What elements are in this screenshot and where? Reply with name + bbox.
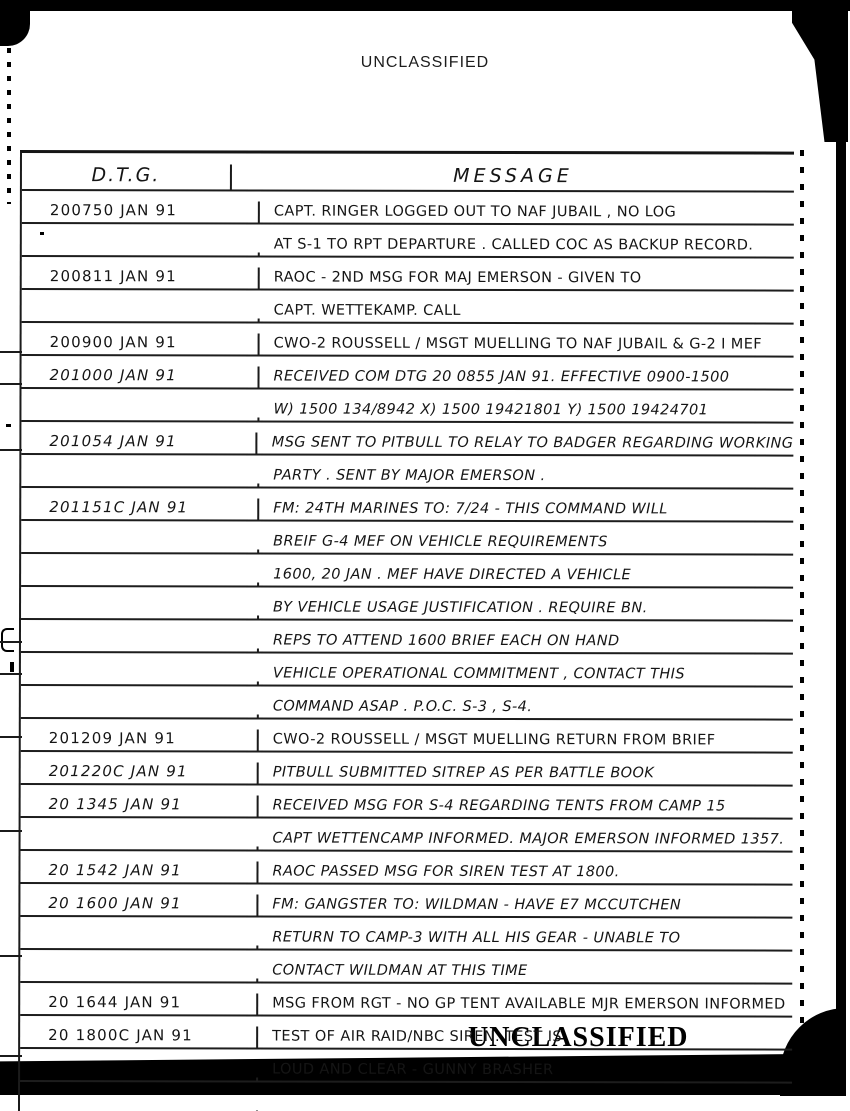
message-cell: RECEIVED MSG FOR S-4 REGARDING TENTS FRO… (259, 798, 793, 818)
dtg-cell (22, 318, 260, 321)
log-row: COMMAND ASAP . P.O.C. S-3 , S-4. (21, 686, 793, 721)
log-row: 20 1542 JAN 91RAOC PASSED MSG FOR SIREN … (20, 851, 792, 886)
message-cell: CONTACT WILDMAN AT THIS TIME (258, 963, 792, 983)
log-row: 20 1800C JAN 91TEST OF AIR RAID/NBC SIRE… (20, 1016, 792, 1051)
message-cell: CWO-2 ROUSSELL / MSGT MUELLING TO NAF JU… (260, 336, 794, 356)
dtg-cell: 20 1542 JAN 91 (20, 861, 258, 882)
log-row: VEHICLE OPERATIONAL COMMITMENT , CONTACT… (21, 653, 793, 688)
log-row: 200750 JAN 91CAPT. RINGER LOGGED OUT TO … (22, 191, 794, 226)
log-row: CONTACT WILDMAN AT THIS TIME (20, 950, 792, 985)
message-cell: FM: GANGSTER TO: WILDMAN - HAVE E7 MCCUT… (258, 897, 792, 917)
message-cell: CAPT WETTENCAMP INFORMED. MAJOR EMERSON … (259, 831, 793, 851)
log-row: 201209 JAN 91CWO-2 ROUSSELL / MSGT MUELL… (21, 719, 793, 754)
dtg-cell: 20 1345 JAN 91 (21, 795, 259, 816)
message-cell: BREIF G-4 MEF ON VEHICLE REQUIREMENTS (259, 534, 793, 554)
scan-paper-edge-right (800, 150, 804, 1060)
dtg-cell (21, 681, 259, 684)
log-row (20, 1082, 792, 1111)
message-cell: CAPT. RINGER LOGGED OUT TO NAF JUBAIL , … (260, 204, 794, 224)
table-header-row: D.T.G. MESSAGE (22, 153, 794, 193)
scanned-log-page: UNCLASSIFIED UNCLASSIFIED D.T.G. MESSAGE… (0, 0, 850, 1111)
message-cell: CAPT. WETTEKAMP. CALL (260, 303, 794, 323)
message-cell: RAOC - 2ND MSG FOR MAJ EMERSON - GIVEN T… (260, 270, 794, 290)
scan-edge-top (0, 0, 850, 11)
dtg-cell: 200900 JAN 91 (22, 333, 260, 354)
log-row: 20 1345 JAN 91RECEIVED MSG FOR S-4 REGAR… (21, 785, 793, 820)
message-cell: RETURN TO CAMP-3 WITH ALL HIS GEAR - UNA… (258, 930, 792, 950)
scan-margin-mark (1, 628, 14, 652)
dtg-cell: 20 1600 JAN 91 (20, 894, 258, 915)
dtg-cell (21, 483, 259, 486)
dtg-cell: 200750 JAN 91 (22, 201, 260, 222)
log-row: RETURN TO CAMP-3 WITH ALL HIS GEAR - UNA… (20, 917, 792, 952)
log-row: BY VEHICLE USAGE JUSTIFICATION . REQUIRE… (21, 587, 793, 622)
log-row: CAPT WETTENCAMP INFORMED. MAJOR EMERSON … (21, 818, 793, 853)
message-log-table: D.T.G. MESSAGE 200750 JAN 91CAPT. RINGER… (18, 150, 794, 1111)
message-cell: MSG SENT TO PITBULL TO RELAY TO BADGER R… (258, 434, 794, 454)
dtg-cell (20, 945, 258, 948)
dtg-cell (21, 846, 259, 849)
dtg-cell (21, 417, 259, 420)
log-row: LOUD AND CLEAR - GUNNY BRASHER (20, 1049, 792, 1084)
message-cell: FM: 24TH MARINES TO: 7/24 - THIS COMMAND… (259, 501, 793, 521)
log-row: 201220C JAN 91PITBULL SUBMITTED SITREP A… (21, 752, 793, 787)
message-cell: LOUD AND CLEAR - GUNNY BRASHER (258, 1062, 792, 1082)
dtg-cell: 201209 JAN 91 (21, 729, 259, 750)
log-row: CAPT. WETTEKAMP. CALL (22, 290, 794, 325)
dtg-cell (21, 549, 259, 552)
log-row: 200900 JAN 91CWO-2 ROUSSELL / MSGT MUELL… (22, 323, 794, 358)
message-cell: PITBULL SUBMITTED SITREP AS PER BATTLE B… (259, 765, 793, 785)
dtg-cell (21, 648, 259, 651)
dtg-cell (20, 1077, 258, 1080)
dtg-column-header: D.T.G. (22, 164, 232, 189)
scan-speck (10, 662, 14, 672)
dtg-cell (22, 252, 260, 255)
dtg-cell: 20 1800C JAN 91 (20, 1026, 258, 1047)
message-cell: RECEIVED COM DTG 20 0855 JAN 91. EFFECTI… (260, 369, 794, 389)
message-cell: TEST OF AIR RAID/NBC SIREN. TEST IS (258, 1029, 792, 1049)
dtg-cell (21, 714, 259, 717)
message-cell: VEHICLE OPERATIONAL COMMITMENT , CONTACT… (259, 666, 793, 686)
log-row: AT S-1 TO RPT DEPARTURE . CALLED COC AS … (22, 224, 794, 259)
scan-edge-right (836, 0, 846, 1096)
log-row: 201151C JAN 91FM: 24TH MARINES TO: 7/24 … (21, 488, 793, 523)
dtg-cell: 201151C JAN 91 (21, 498, 259, 519)
scan-edge-top-left (0, 0, 30, 46)
dtg-cell (21, 582, 259, 585)
dtg-cell: 20 1644 JAN 91 (20, 993, 258, 1014)
message-cell: AT S-1 TO RPT DEPARTURE . CALLED COC AS … (260, 237, 794, 257)
dtg-cell: 200811 JAN 91 (22, 267, 260, 288)
message-cell: COMMAND ASAP . P.O.C. S-3 , S-4. (259, 699, 793, 719)
classification-stamp-top: UNCLASSIFIED (0, 54, 850, 72)
message-cell: MSG FROM RGT - NO GP TENT AVAILABLE MJR … (258, 996, 792, 1016)
dtg-cell (21, 615, 259, 618)
message-column-header: MESSAGE (232, 164, 794, 190)
dtg-cell: 201054 JAN 91 (21, 432, 257, 453)
log-row: 20 1600 JAN 91FM: GANGSTER TO: WILDMAN -… (20, 884, 792, 919)
message-cell: RAOC PASSED MSG FOR SIREN TEST AT 1800. (258, 864, 792, 884)
log-row: BREIF G-4 MEF ON VEHICLE REQUIREMENTS (21, 521, 793, 556)
dtg-cell: 201000 JAN 91 (22, 366, 260, 387)
log-row: 201000 JAN 91RECEIVED COM DTG 20 0855 JA… (21, 356, 793, 391)
message-cell: W) 1500 134/8942 X) 1500 19421801 Y) 150… (259, 402, 793, 422)
log-row: 1600, 20 JAN . MEF HAVE DIRECTED A VEHIC… (21, 554, 793, 589)
message-cell: BY VEHICLE USAGE JUSTIFICATION . REQUIRE… (259, 600, 793, 620)
log-row: 200811 JAN 91RAOC - 2ND MSG FOR MAJ EMER… (22, 257, 794, 292)
dtg-cell (20, 978, 258, 981)
message-cell: 1600, 20 JAN . MEF HAVE DIRECTED A VEHIC… (259, 567, 793, 587)
log-row: PARTY . SENT BY MAJOR EMERSON . (21, 455, 793, 490)
dtg-cell: 201220C JAN 91 (21, 762, 259, 783)
log-row: 201054 JAN 91MSG SENT TO PITBULL TO RELA… (21, 422, 793, 457)
log-row: REPS TO ATTEND 1600 BRIEF EACH ON HAND (21, 620, 793, 655)
message-cell: PARTY . SENT BY MAJOR EMERSON . (259, 468, 793, 488)
scan-speck (6, 424, 11, 427)
message-cell: REPS TO ATTEND 1600 BRIEF EACH ON HAND (259, 633, 793, 653)
log-rows: 200750 JAN 91CAPT. RINGER LOGGED OUT TO … (20, 191, 794, 1111)
log-row: 20 1644 JAN 91MSG FROM RGT - NO GP TENT … (20, 983, 792, 1018)
message-cell: CWO-2 ROUSSELL / MSGT MUELLING RETURN FR… (259, 732, 793, 752)
log-row: W) 1500 134/8942 X) 1500 19421801 Y) 150… (21, 389, 793, 424)
